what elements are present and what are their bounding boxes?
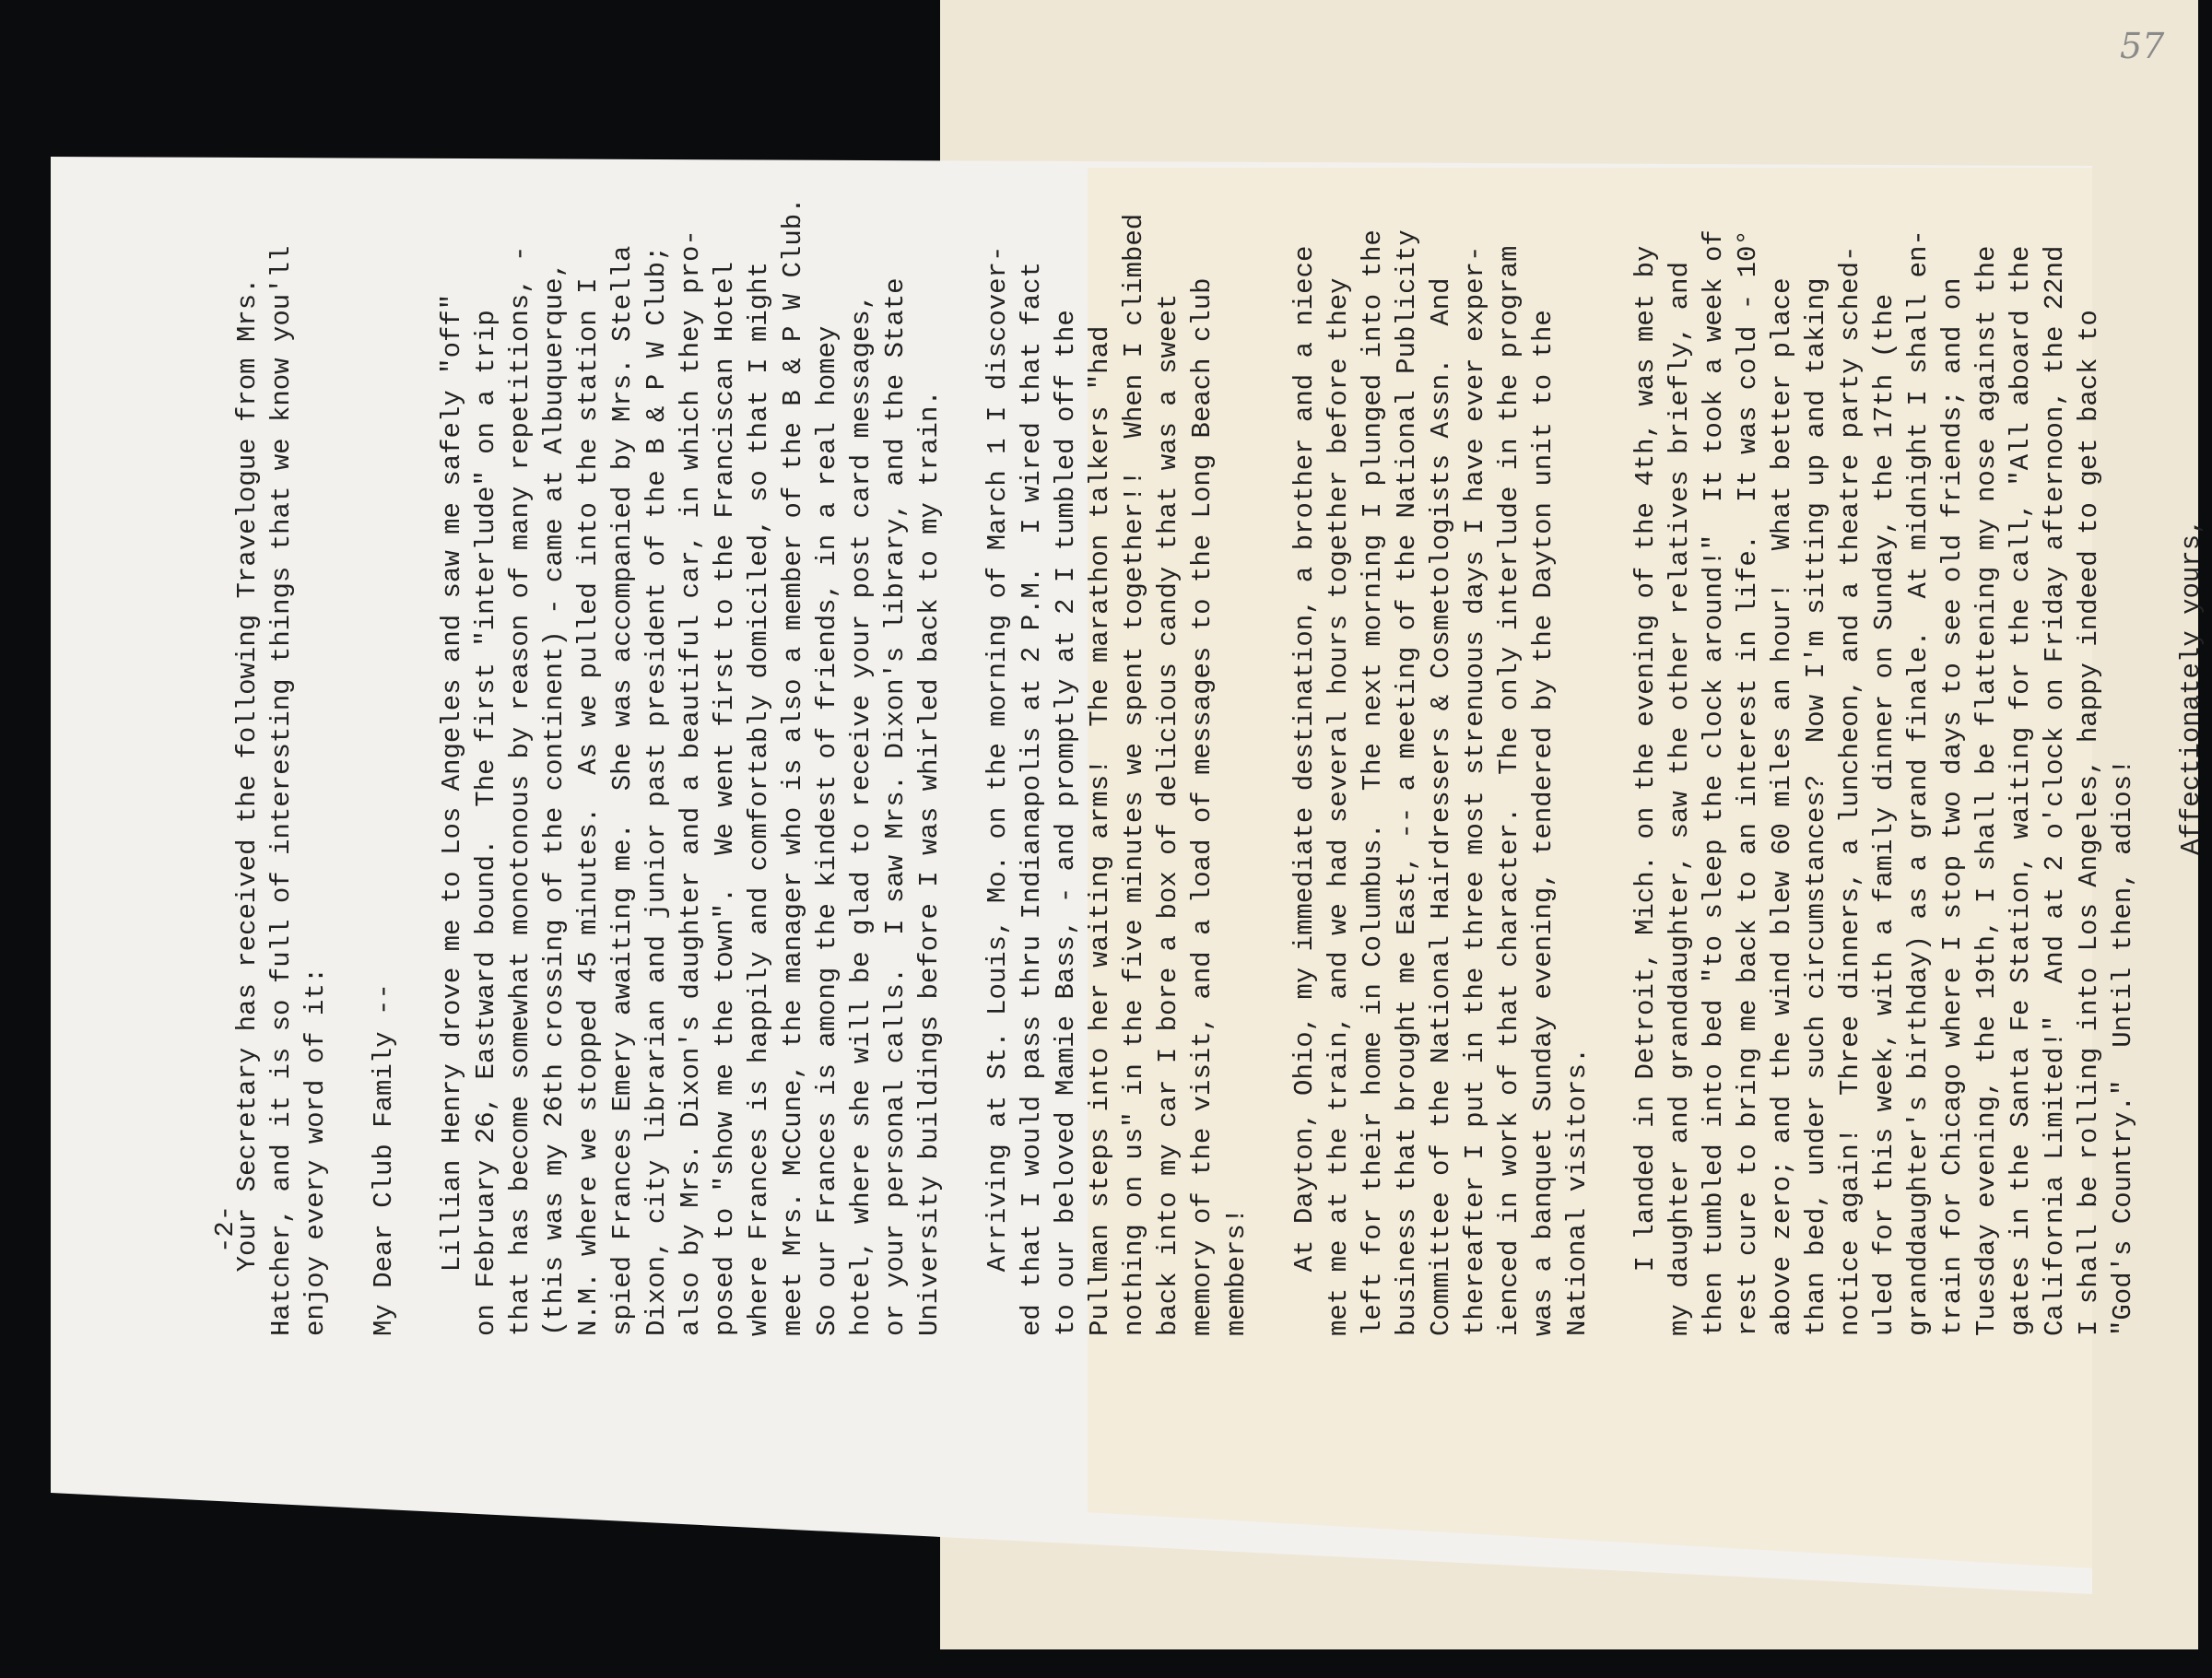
paragraph-line: my daughter and granddaughter, saw the o… <box>1663 120 1697 1336</box>
intro-line: Hatcher, and it is so full of interestin… <box>265 120 299 1336</box>
paragraph-line: granddaughter's birthday) as a grand fin… <box>1901 120 1935 1336</box>
paragraph-line: nothing on us" in the five minutes we sp… <box>1117 120 1151 1336</box>
paragraph-line: notice again! Three dinners, a luncheon,… <box>1833 120 1867 1336</box>
paragraph-line: posed to "show me the town". We went fir… <box>708 120 742 1336</box>
paragraph-line: uled for this week, with a family dinner… <box>1867 120 1901 1336</box>
paragraph-line: I landed in Detroit, Mich. on the evenin… <box>1629 120 1663 1336</box>
paragraph-line: So our Frances is among the kindest of f… <box>810 120 844 1336</box>
paragraph-line: California Limited!" And at 2 o'clock on… <box>2038 120 2072 1336</box>
paragraph-line: ed that I would pass thru Indianapolis a… <box>1015 120 1049 1336</box>
paragraph-line: National visitors. <box>1560 120 1594 1336</box>
paragraph-line: hotel, where she will be glad to receive… <box>844 120 878 1336</box>
intro-line: Your Secretary has received the followin… <box>230 120 265 1336</box>
salutation: My Dear Club Family -- <box>367 120 401 1336</box>
paragraph-line: that has become somewhat monotonous by r… <box>503 120 537 1336</box>
closing: Affectionately yours, <box>2174 120 2208 1336</box>
paragraph-line: Arriving at St. Louis, Mo. on the mornin… <box>981 120 1015 1336</box>
paragraph-line: rest cure to bring me back to an interes… <box>1731 120 1765 1336</box>
paragraph-line: on February 26, Eastward bound. The firs… <box>469 120 503 1336</box>
paragraph-line: train for Chicago where I stop two days … <box>1935 120 1970 1336</box>
paragraph-line: University buildings before I was whirle… <box>912 120 947 1336</box>
paragraph-line: left for their home in Columbus. The nex… <box>1356 120 1390 1336</box>
paragraph-line: met me at the train, and we had several … <box>1322 120 1356 1336</box>
paragraph-line: or your personal calls. I saw Mrs. Dixon… <box>878 120 912 1336</box>
letter-body: Your Secretary has received the followin… <box>230 120 2212 1336</box>
paragraph-line: Dixon, city librarian and junior past pr… <box>640 120 674 1336</box>
paragraph-line: back into my car I bore a box of delicio… <box>1151 120 1185 1336</box>
paragraph-line: above zero; and the wind blew 60 miles a… <box>1765 120 1799 1336</box>
paragraph-line: gates in the Santa Fe Station, waiting f… <box>2004 120 2038 1336</box>
paragraph-line: Lillian Henry drove me to Los Angeles an… <box>435 120 469 1336</box>
paragraph-line: Tuesday evening, the 19th, I shall be fl… <box>1970 120 2004 1336</box>
paragraph-line: I shall be rolling into Los Angeles, hap… <box>2072 120 2106 1336</box>
paragraph-line: to our beloved Mamie Bass, - and promptl… <box>1049 120 1083 1336</box>
paragraph-line: business that brought me East, -- a meet… <box>1390 120 1424 1336</box>
paragraph-line: then tumbled into bed "to sleep the cloc… <box>1697 120 1731 1336</box>
paragraph-line: was a banquet Sunday evening, tendered b… <box>1526 120 1560 1336</box>
paragraph-line: meet Mrs. McCune, the manager who is als… <box>776 120 810 1336</box>
paragraph-line: than bed, under such circumstances? Now … <box>1799 120 1833 1336</box>
paragraph-line: N.M. where we stopped 45 minutes. As we … <box>571 120 606 1336</box>
paragraph-line: (this was my 26th crossing of the contin… <box>537 120 571 1336</box>
paragraph-line: where Frances is happily and comfortably… <box>742 120 776 1336</box>
paragraph-line: "God's Country." Until then, adios! <box>2106 120 2140 1336</box>
paragraph-line: also by Mrs. Dixon's daughter and a beau… <box>674 120 708 1336</box>
paragraph-line: At Dayton, Ohio, my immediate destinatio… <box>1288 120 1322 1336</box>
paragraph-line: Committee of the National Hairdressers &… <box>1424 120 1458 1336</box>
paragraph-line: members! <box>1219 120 1253 1336</box>
handwritten-page-number: 57 <box>2120 26 2164 66</box>
paragraph-line: Pullman steps into her waiting arms! The… <box>1083 120 1117 1336</box>
paragraph-line: ienced in work of that character. The on… <box>1492 120 1526 1336</box>
paragraph-line: thereafter I put in the three most stren… <box>1458 120 1492 1336</box>
intro-line: enjoy every word of it: <box>299 120 333 1336</box>
paragraph-line: memory of the visit, and a load of messa… <box>1185 120 1219 1336</box>
paragraph-line: spied Frances Emery awaiting me. She was… <box>606 120 640 1336</box>
